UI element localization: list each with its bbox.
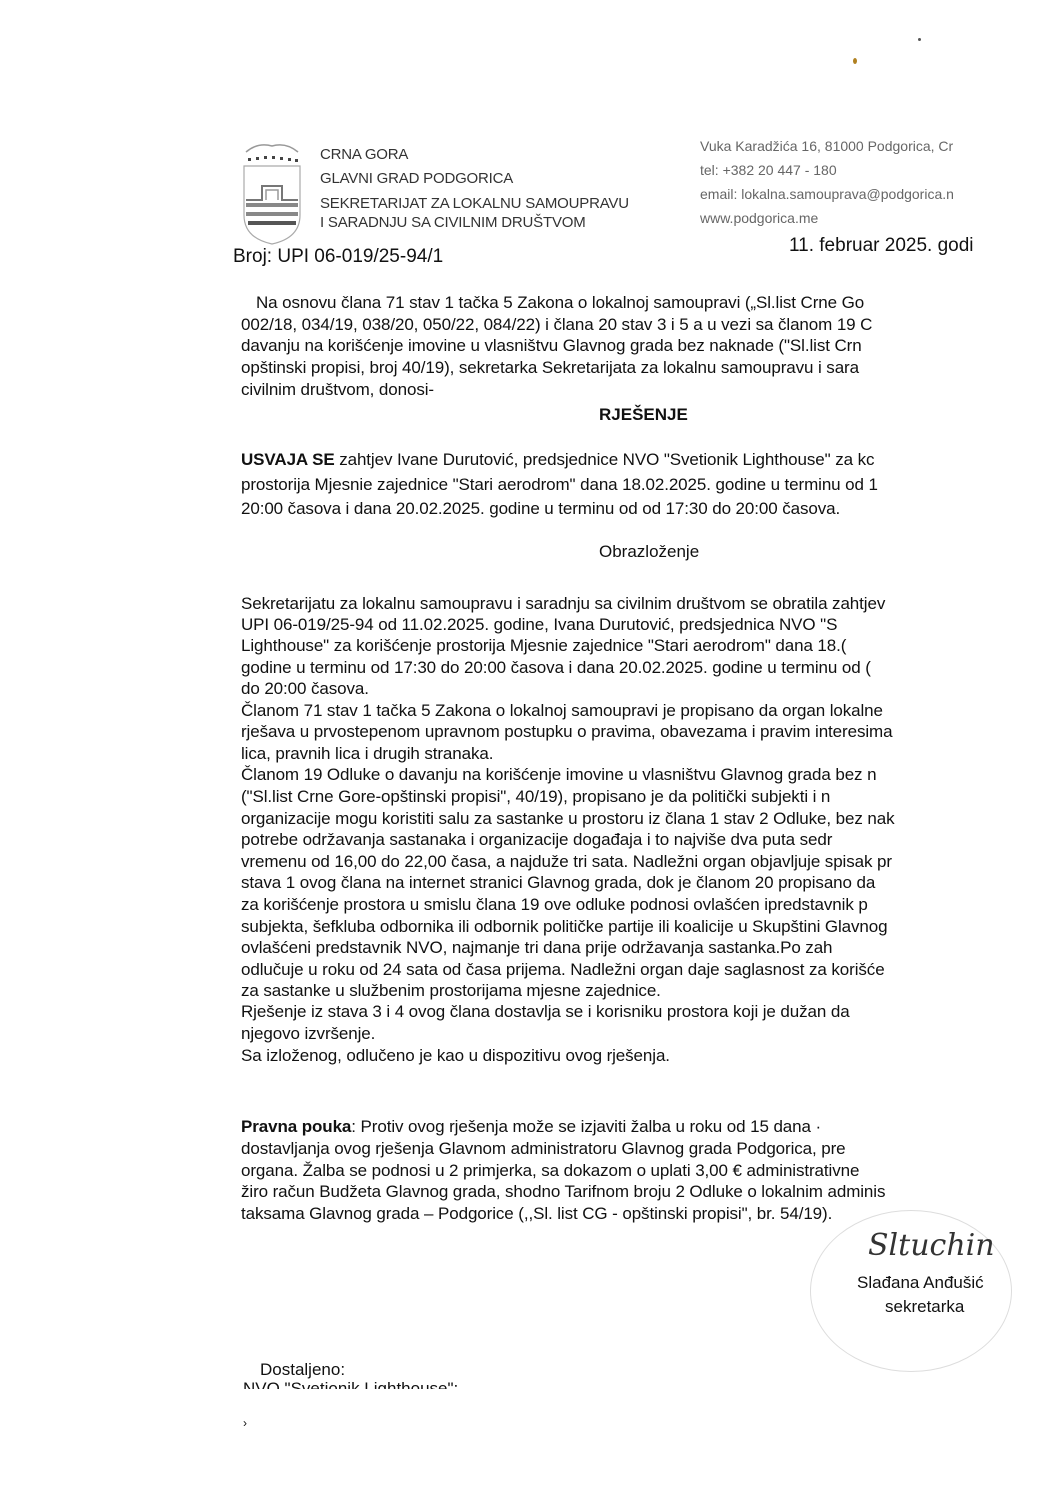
reasoning-line: odlučuje u roku od 24 sata od časa prije… xyxy=(241,960,885,980)
intro-line: Na osnovu člana 71 stav 1 tačka 5 Zakona… xyxy=(256,293,864,313)
contact-website[interactable]: www.podgorica.me xyxy=(700,210,818,226)
reasoning-line: vremenu od 16,00 do 22,00 časa, a najduž… xyxy=(241,852,892,872)
contact-phone: tel: +382 20 447 - 180 xyxy=(700,162,837,178)
coat-of-arms-icon xyxy=(238,140,306,245)
reasoning-line: Sekretarijatu za lokalnu samoupravu i sa… xyxy=(241,594,885,614)
contact-address: Vuka Karadžića 16, 81000 Podgorica, Cr xyxy=(700,138,953,154)
org-secretariat-line2: I SARADNJU SA CIVILNIM DRUŠTVOM xyxy=(320,214,586,231)
legal-notice-line: žiro račun Budžeta Glavnog grada, shodno… xyxy=(241,1182,885,1202)
reasoning-line: stava 1 ovog člana na internet stranici … xyxy=(241,873,875,893)
reasoning-line: za korišćenje prostora u smislu člana 19… xyxy=(241,895,868,915)
contact-email[interactable]: email: lokalna.samouprava@podgorica.n xyxy=(700,186,954,202)
reasoning-line: njegovo izvršenje. xyxy=(241,1024,375,1044)
delivered-label: Dostaljeno: xyxy=(260,1360,345,1380)
handwritten-signature: Sltuchin xyxy=(868,1228,995,1263)
reasoning-line: Rješenje iz stava 3 i 4 ovog člana dosta… xyxy=(241,1002,850,1022)
reasoning-line: Sa izloženog, odlučeno je kao u dispozit… xyxy=(241,1046,670,1066)
org-city: GLAVNI GRAD PODGORICA xyxy=(320,170,513,187)
legal-notice-line: organa. Žalba se podnosi u 2 primjerka, … xyxy=(241,1161,859,1181)
reasoning-line: do 20:00 časova. xyxy=(241,679,369,699)
legal-notice-line: dostavljanja ovog rješenja Glavnom admin… xyxy=(241,1139,846,1159)
delivered-item: NVO "Svetionik Lighthouse"; xyxy=(243,1380,458,1389)
reasoning-title: Obrazloženje xyxy=(599,542,699,562)
org-secretariat-line1: SEKRETARIJAT ZA LOKALNU SAMOUPRAVU xyxy=(320,195,629,212)
decision-lead: USVAJA SE xyxy=(241,450,335,469)
reasoning-line: Članom 19 Odluke o davanju na korišćenje… xyxy=(241,765,876,785)
scan-speck xyxy=(918,38,921,41)
reasoning-line: potrebe održavanja sastanaka i organizac… xyxy=(241,830,832,850)
signatory-title: sekretarka xyxy=(885,1297,964,1317)
reasoning-line: rješava u prvostepenom upravnom postupku… xyxy=(241,722,892,742)
decision-line: 20:00 časova i dana 20.02.2025. godine u… xyxy=(241,499,840,519)
decision-line: prostorija Mjesnie zajednice "Stari aero… xyxy=(241,475,878,495)
reasoning-line: organizacije mogu koristiti salu za sast… xyxy=(241,809,895,829)
reasoning-line: za sastanke u službenim prostorijama mje… xyxy=(241,981,661,1001)
document-date: 11. februar 2025. godi xyxy=(789,235,974,257)
decision-title: RJEŠENJE xyxy=(599,405,688,425)
intro-line: 002/18, 034/19, 038/20, 050/22, 084/22) … xyxy=(241,315,872,335)
intro-line: davanju na korišćenje imovine u vlasništ… xyxy=(241,336,862,356)
reasoning-line: lica, pravnih lica i drugih stranaka. xyxy=(241,744,493,764)
decision-line: USVAJA SE zahtjev Ivane Durutović, preds… xyxy=(241,450,874,470)
reasoning-line: Lighthouse" za korišćenje prostorija Mje… xyxy=(241,636,846,656)
reasoning-line: UPI 06-019/25-94 od 11.02.2025. godine, … xyxy=(241,615,837,635)
org-country: CRNA GORA xyxy=(320,146,408,163)
legal-notice-line: Pravna pouka: Protiv ovog rješenja može … xyxy=(241,1117,821,1137)
reasoning-line: subjekta, šefkluba odbornika ili odborni… xyxy=(241,917,888,937)
reasoning-line: ovlašćeni predstavnik NVO, najmanje tri … xyxy=(241,938,832,958)
legal-notice-lead: Pravna pouka xyxy=(241,1117,351,1136)
scan-speck: › xyxy=(243,1416,247,1430)
reference-number: Broj: UPI 06-019/25-94/1 xyxy=(233,246,443,268)
reasoning-line: godine u terminu od 17:30 do 20:00 časov… xyxy=(241,658,871,678)
reasoning-line: Članom 71 stav 1 tačka 5 Zakona o lokaln… xyxy=(241,701,883,721)
intro-line: opštinski propisi, broj 40/19), sekretar… xyxy=(241,358,859,378)
legal-notice-line: taksama Glavnog grada – Podgorice (,,Sl.… xyxy=(241,1204,832,1224)
scan-speck xyxy=(853,58,857,64)
signatory-name: Slađana Anđušić xyxy=(857,1273,984,1293)
intro-line: civilnim društvom, donosi- xyxy=(241,380,434,400)
reasoning-line: ("Sl.list Crne Gore-opštinski propisi", … xyxy=(241,787,830,807)
